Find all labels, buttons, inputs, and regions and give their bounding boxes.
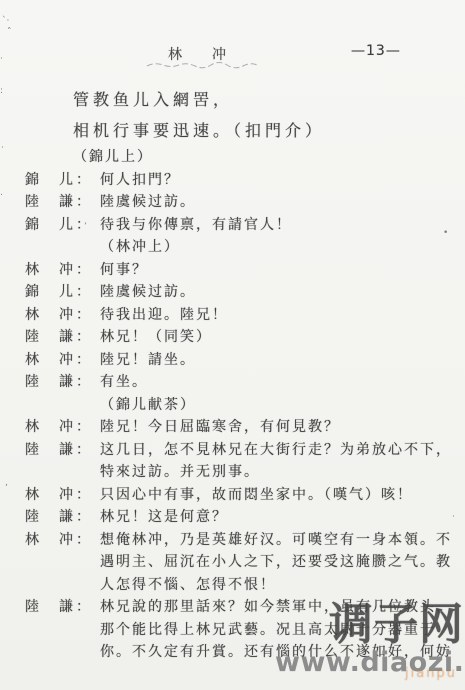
dialogue-line: 陸 謙：林兄！这是何意？ [0, 506, 465, 529]
speaker-name: 林 冲： [25, 529, 100, 552]
dialogue-line: 錦 儿：陸虞候过訪。 [0, 281, 465, 304]
dialogue-text: 待我出迎。陸兄！ [100, 307, 228, 323]
stage-direction-text: （林冲上） [100, 239, 180, 255]
scan-artifact: • [443, 228, 448, 238]
scan-artifact: ’ [84, 222, 87, 232]
dialogue-line: 陸 謙：陸虞候过訪。 [0, 191, 465, 214]
dialogue-text: 何事？ [100, 262, 148, 278]
dialogue-line: 錦 儿：待我与你傳禀，有請官人！ [0, 214, 465, 237]
dialogue-continuation: 人怎得不惱、怎得不恨！ [0, 574, 465, 597]
speaker-name: 林 冲： [25, 416, 100, 439]
speaker-name: 錦 儿： [25, 169, 100, 192]
watermark-site-name: 调子网 [329, 603, 464, 647]
scan-artifact: ˄ [7, 27, 12, 37]
verse-text: 相机行事要迅速。（扣門介） [73, 121, 325, 140]
dialogue-line: 錦 儿：何人扣門？ [0, 169, 465, 192]
scan-artifact: · [0, 54, 3, 64]
speaker-name: 林 冲： [25, 484, 100, 507]
dialogue-text: 这几日，怎不見林兄在大街行走？为弟放心不下， [100, 442, 452, 458]
page-number: —13— [351, 43, 401, 59]
scan-artifact: · [1, 143, 4, 153]
speaker-name: 林 冲： [25, 304, 100, 327]
speaker-name: 陸 謙： [25, 439, 100, 462]
dialogue-text: 陸兄！今日屈臨寒舍，有何見教？ [100, 419, 340, 435]
dialogue-continuation: 遇明主、屈沉在小人之下，还要受这腌臜之气。教 [0, 551, 465, 574]
verse-line: 相机行事要迅速。（扣門介） [0, 115, 465, 146]
watermark-remnant: jianpu [405, 666, 457, 681]
dialogue-text: 人怎得不惱、怎得不恨！ [100, 577, 276, 593]
speaker-name: 林 冲： [25, 349, 100, 372]
dialogue-line: 林 冲：想俺林冲，乃是英雄好汉。可嘆空有一身本領。不 [0, 529, 465, 552]
speaker-name: 林 冲： [25, 259, 100, 282]
dialogue-text: 林兄！（同笑） [100, 329, 212, 345]
dialogue-line: 陸 謙：林兄！（同笑） [0, 326, 465, 349]
scan-artifact: : [0, 86, 3, 96]
stage-direction: （錦儿上） [0, 146, 465, 169]
dialogue-line: 林 冲：待我出迎。陸兄！ [0, 304, 465, 327]
scan-artifact: ‚ [5, 478, 8, 488]
speaker-name: 陸 謙： [25, 191, 100, 214]
dialogue-line: 林 冲：只因心中有事，故而悶坐家中。（嘆气）咳！ [0, 484, 465, 507]
dialogue-text: 有坐。 [100, 374, 148, 390]
dialogue-text: 特來过訪。并无別事。 [100, 464, 260, 480]
title-underline-mark [146, 60, 258, 70]
scanned-script-page: 林 冲 —13— 管教鱼儿入網罟， 相机行事要迅速。（扣門介） （錦儿上） 錦 … [0, 0, 465, 690]
verse-text: 管教鱼儿入網罟， [73, 90, 233, 109]
dialogue-line: 陸 謙：这几日，怎不見林兄在大街行走？为弟放心不下， [0, 439, 465, 462]
scan-artifact: . [0, 188, 3, 198]
verse-line: 管教鱼儿入網罟， [0, 84, 465, 115]
dialogue-text: 林兄！这是何意？ [100, 509, 228, 525]
dialogue-text: 陸虞候过訪。 [100, 284, 196, 300]
dialogue-continuation: 特來过訪。并无別事。 [0, 461, 465, 484]
stage-direction: （錦儿献茶） [0, 394, 465, 417]
stage-direction-text: （錦儿上） [73, 149, 153, 165]
dialogue-text: 只因心中有事，故而悶坐家中。（嘆气）咳！ [100, 487, 413, 503]
dialogue-line: 林 冲：陸兄！請坐。 [0, 349, 465, 372]
script-text-block: 管教鱼儿入網罟， 相机行事要迅速。（扣門介） （錦儿上） 錦 儿：何人扣門？ 陸… [0, 84, 465, 664]
dialogue-text: 想俺林冲，乃是英雄好汉。可嘆空有一身本領。不 [100, 532, 452, 548]
dialogue-text: 陸虞候过訪。 [100, 194, 196, 210]
scan-artifact: · [452, 512, 455, 522]
dialogue-text: 待我与你傳禀，有請官人！ [100, 217, 292, 233]
dialogue-text: 陸兄！請坐。 [100, 352, 196, 368]
speaker-name: 陸 謙： [25, 371, 100, 394]
speaker-name: 錦 儿： [25, 214, 100, 237]
speaker-name: 陸 謙： [25, 326, 100, 349]
dialogue-text: 何人扣門？ [100, 172, 180, 188]
speaker-name: 錦 儿： [25, 281, 100, 304]
dialogue-line: 陸 謙：有坐。 [0, 371, 465, 394]
dialogue-line: 林 冲：何事？ [0, 259, 465, 282]
stage-direction: （林冲上） [0, 236, 465, 259]
speaker-name: 陸 謙： [25, 506, 100, 529]
scan-artifact: `· [2, 16, 9, 26]
dialogue-text: 遇明主、屈沉在小人之下，还要受这腌臜之气。教 [100, 554, 452, 570]
dialogue-line: 林 冲：陸兄！今日屈臨寒舍，有何見教？ [0, 416, 465, 439]
speaker-name: 陸 謙： [25, 596, 100, 619]
stage-direction-text: （錦儿献茶） [100, 397, 196, 413]
